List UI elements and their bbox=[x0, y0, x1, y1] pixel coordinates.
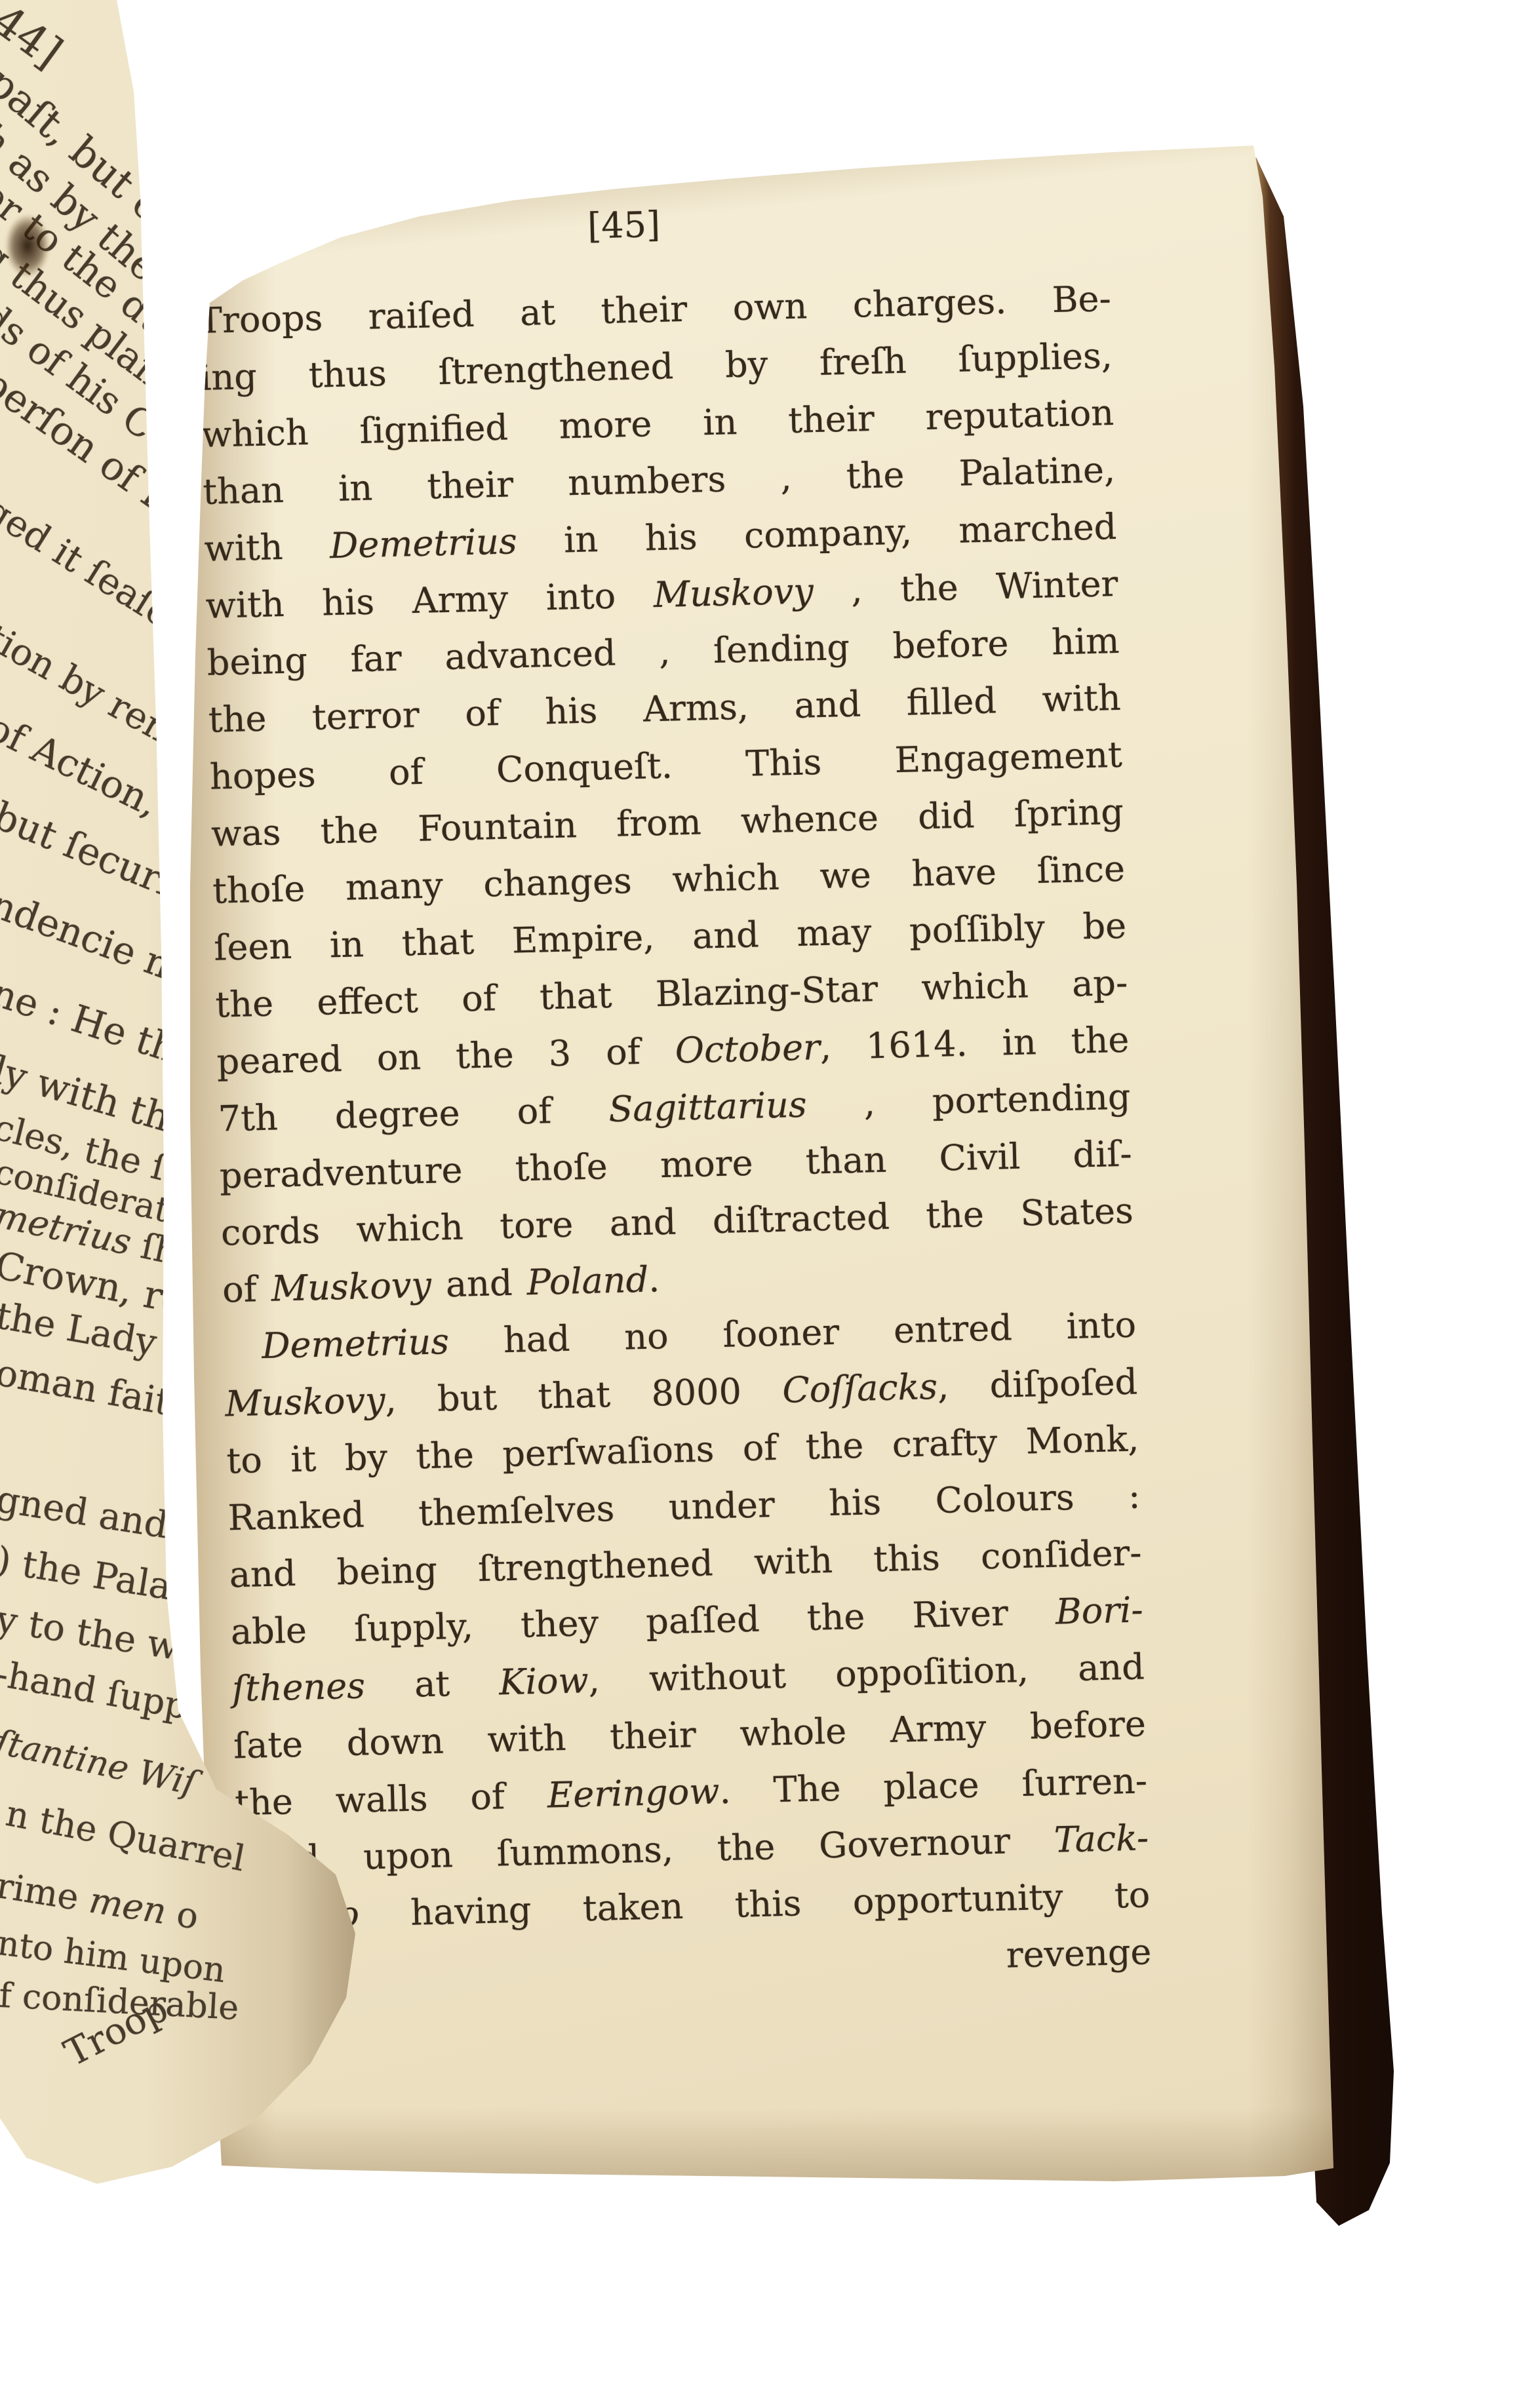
page-text-block: Troops raiſed at their own charges. Be-i… bbox=[198, 270, 1152, 2002]
burn-spot bbox=[1, 208, 54, 283]
page-bottom-shade bbox=[197, 2107, 1341, 2183]
book-photo: [45] Troops raiſed at their own charges.… bbox=[0, 0, 1519, 2408]
